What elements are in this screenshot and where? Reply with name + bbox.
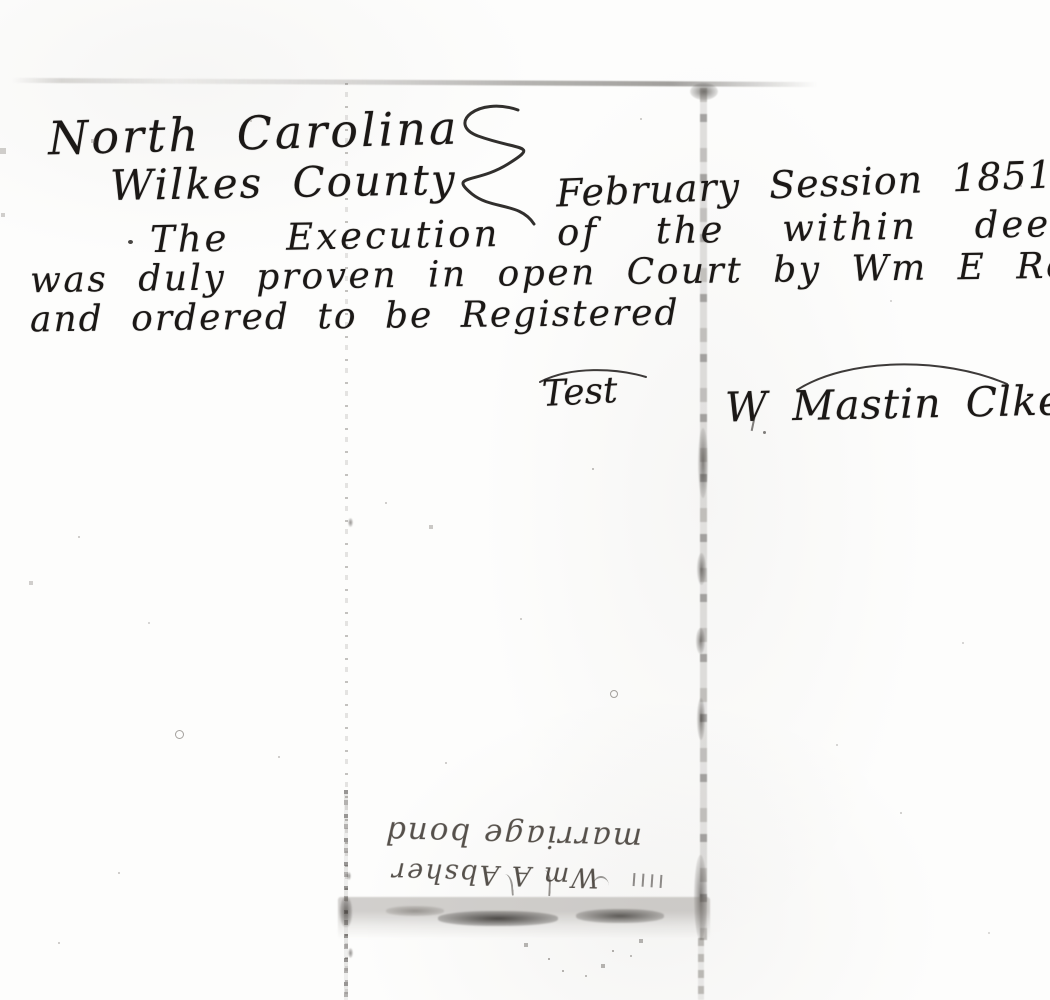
heading-county-line: Wilkes County [110,155,457,210]
docket-subject-line: marriage bond [348,813,643,857]
crease-ink-blotch [697,698,705,740]
ink-dot [128,240,133,244]
crease-ink-dot [348,518,353,527]
crease-ink-blotch [698,428,708,498]
crease-ink-blotch [696,628,705,654]
right-fold-crease-lower [698,938,704,1000]
body-line: and ordered to be Registered [30,293,680,341]
ink-ring-mark [610,690,618,698]
attest-label: Test [541,370,619,415]
clerk-signature: W Mastin Clke [725,376,1050,431]
ink-ring-mark [175,730,184,739]
smudge-band [338,897,710,939]
stray-ink-dot [763,431,766,434]
scanned-document-page: North Carolina Wilkes County February Se… [0,0,1050,1000]
crease-ink-dot [348,948,353,958]
crease-ink-blotch [697,553,706,585]
paper-speckles [0,0,2,2]
